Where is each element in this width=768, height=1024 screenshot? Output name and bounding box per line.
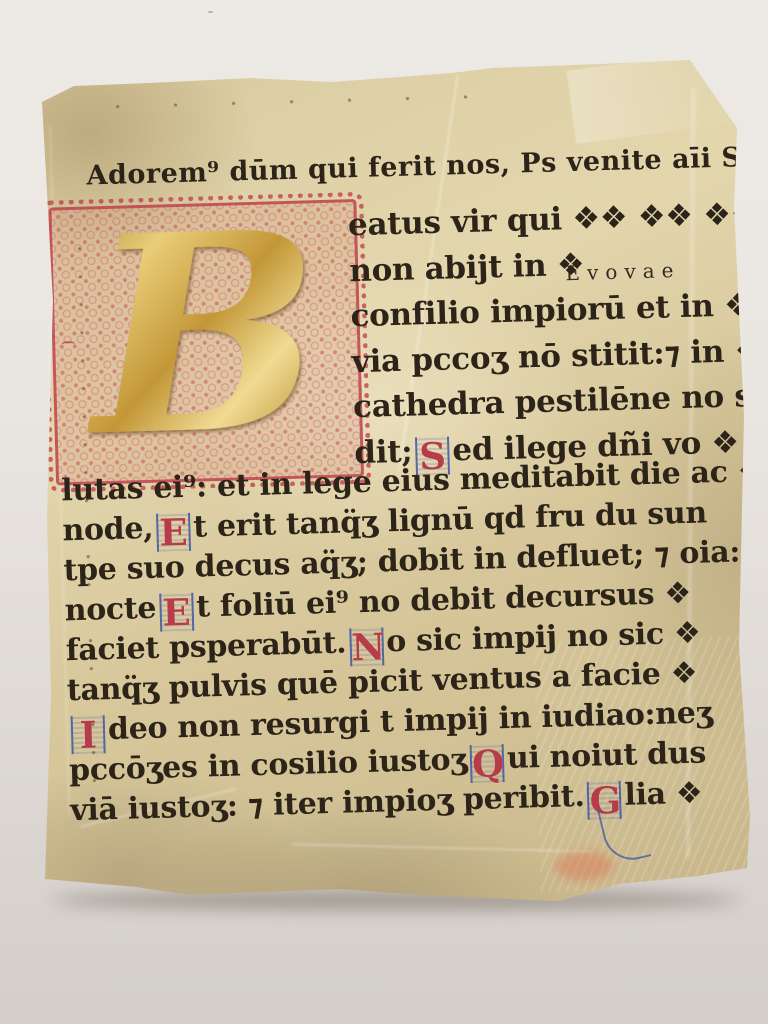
decorated-initial: E	[159, 593, 194, 632]
text-segment: o sic impij no sic ❖	[386, 616, 701, 660]
text-column-beside-initial: eatus vir qui ❖❖ ❖❖ ❖❖non abijt in ❖conf…	[348, 196, 747, 480]
text-segment: nocte	[64, 591, 156, 629]
manuscript-leaf: Adorem⁹ dūm qui ferit nos, Ps venite aīi…	[40, 56, 752, 906]
decorated-initial: Q	[470, 744, 505, 783]
text-segment: ui noiut dus	[506, 735, 706, 776]
text-block-full-width: lutas ei⁹: et in lege eius meditabit die…	[61, 454, 761, 833]
text-segment: non abijt in ❖	[349, 246, 585, 289]
gold-letter-b: B	[51, 188, 361, 482]
red-margin-mark	[61, 341, 75, 350]
text-segment: eatus vir qui ❖❖ ❖❖ ❖❖	[348, 196, 759, 243]
illuminated-initial-b: B	[48, 199, 364, 485]
decorated-initial: I	[71, 715, 106, 754]
pricking-holes-top	[89, 94, 481, 111]
crease-line	[567, 42, 768, 144]
photo-scene: Adorem⁹ dūm qui ferit nos, Ps venite aīi…	[0, 0, 768, 1024]
decorated-initial: N	[349, 627, 384, 666]
text-segment: node,	[62, 511, 154, 549]
wall-speck	[208, 11, 213, 13]
text-segment: faciet psperabūt.	[65, 625, 346, 668]
leaf-content: Adorem⁹ dūm qui ferit nos, Ps venite aīi…	[29, 46, 764, 916]
decorated-initial: E	[156, 513, 191, 552]
